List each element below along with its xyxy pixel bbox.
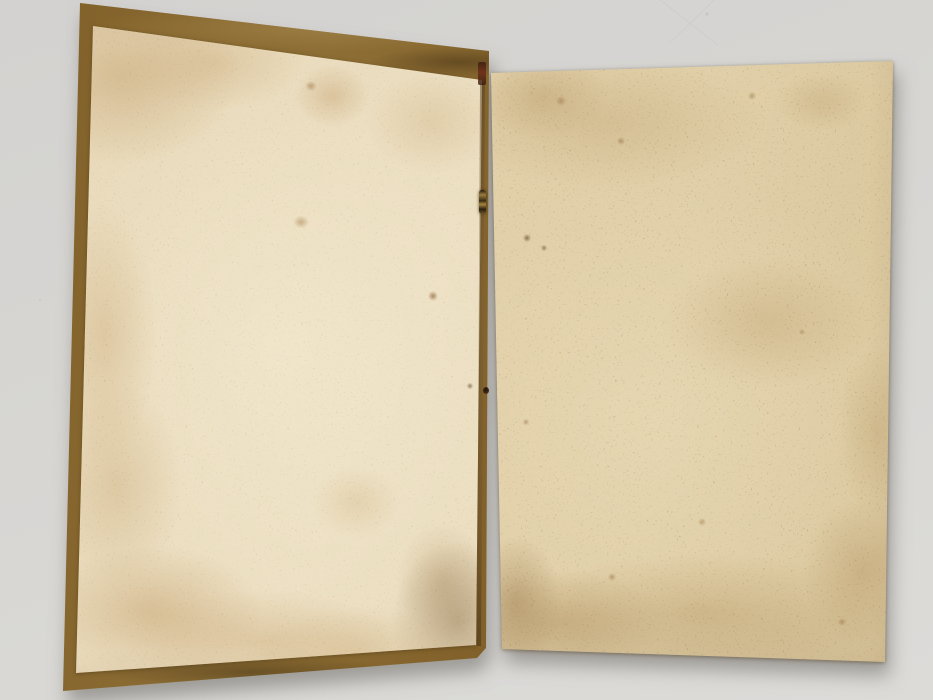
gutter-top-wear-mark xyxy=(478,62,486,85)
right-page-wrap xyxy=(0,0,933,700)
photo-backdrop xyxy=(0,0,933,700)
open-book xyxy=(0,0,933,700)
right-flyleaf-page xyxy=(0,0,933,700)
binding-staple xyxy=(479,190,486,214)
sewing-hole xyxy=(483,387,489,394)
